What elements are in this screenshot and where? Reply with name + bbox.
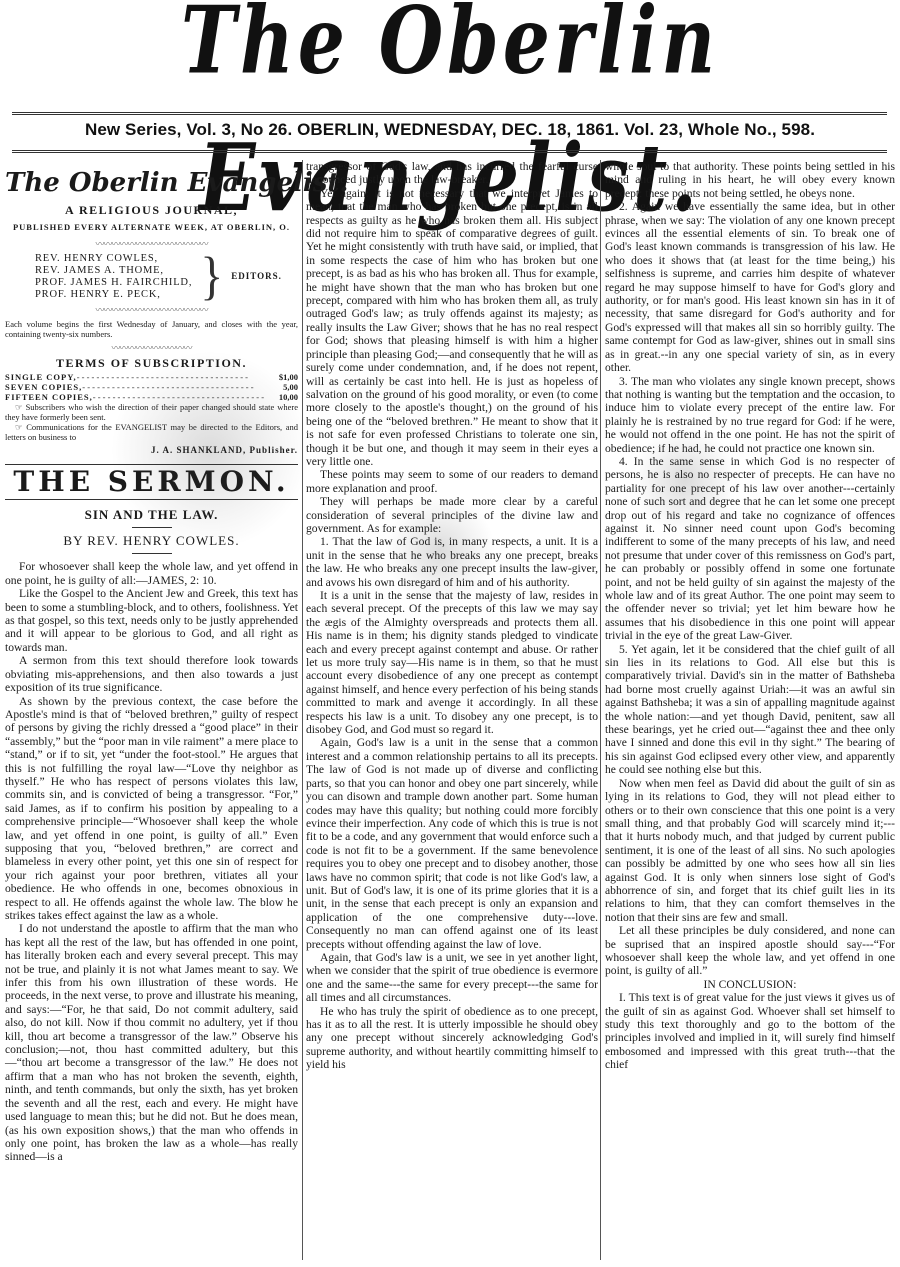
subscriber-note: ☞ Subscribers who wish the direction of … xyxy=(5,402,298,422)
column-divider xyxy=(600,160,601,1260)
masthead: The Oberlin Evangelist. xyxy=(0,0,900,110)
editor-name: PROF. JAMES H. FAIRCHILD, xyxy=(35,277,192,289)
dateline-rule xyxy=(12,150,887,153)
paragraph: Yet again: it is not necessary that we i… xyxy=(306,187,598,469)
editors-label: EDITORS. xyxy=(231,270,282,283)
masthead-rule xyxy=(12,112,887,115)
leader-dots: - - - - - - - - - - - - - - - - - - - - … xyxy=(77,372,279,382)
terms-label: SEVEN COPIES, xyxy=(5,382,82,392)
paragraph: 3. The man who violates any single known… xyxy=(605,375,895,455)
section-heading: THE SERMON. xyxy=(5,464,298,500)
leader-dots: - - - - - - - - - - - - - - - - - - - - … xyxy=(93,392,279,402)
paragraph: He who has truly the spirit of obedience… xyxy=(306,1005,598,1072)
short-rule xyxy=(132,553,172,554)
terms-row: SINGLE COPY, - - - - - - - - - - - - - -… xyxy=(5,372,298,382)
column-3: whole soul to that authority. These poin… xyxy=(605,160,895,1072)
column-2: transgressor of God's law, and has incur… xyxy=(306,160,598,1072)
paragraph: 4. In the same sense in which God is no … xyxy=(605,455,895,643)
paragraph: As shown by the previous context, the ca… xyxy=(5,695,298,923)
paragraph: Like the Gospel to the Ancient Jew and G… xyxy=(5,587,298,654)
dateline: New Series, Vol. 3, No 26. OBERLIN, WEDN… xyxy=(0,120,900,140)
publication-frequency: PUBLISHED EVERY ALTERNATE WEEK, AT OBERL… xyxy=(5,221,298,234)
paragraph: These points may seem to some of our rea… xyxy=(306,468,598,495)
terms-title: TERMS OF SUBSCRIPTION. xyxy=(5,357,298,370)
volume-note: Each volume begins the first Wednesday o… xyxy=(5,319,298,339)
editors-list: REV. HENRY COWLES, REV. JAMES A. THOME, … xyxy=(35,253,192,301)
paragraph: 1. That the law of God is, in many respe… xyxy=(306,535,598,589)
epigraph: For whosoever shall keep the whole law, … xyxy=(5,560,298,587)
article-byline: BY REV. HENRY COWLES. xyxy=(5,534,298,547)
paragraph: Again, God's law is a unit in the sense … xyxy=(306,736,598,951)
journal-info-box: The Oberlin Evangelist. A RELIGIOUS JOUR… xyxy=(5,166,298,458)
terms-price: 5,00 xyxy=(283,382,298,392)
column-divider xyxy=(302,160,303,1260)
conclusion-heading: IN CONCLUSION: xyxy=(605,978,895,991)
brace-icon: } xyxy=(200,250,223,303)
paragraph: Again, that God's law is a unit, we see … xyxy=(306,951,598,1005)
column-1: The Oberlin Evangelist. A RELIGIOUS JOUR… xyxy=(5,160,298,1164)
paragraph: I do not understand the apostle to affir… xyxy=(5,922,298,1163)
terms-label: FIFTEEN COPIES, xyxy=(5,392,93,402)
editor-name: PROF. HENRY E. PECK, xyxy=(35,289,192,301)
paragraph: Let all these principles be duly conside… xyxy=(605,924,895,978)
paragraph: They will perhaps be made more clear by … xyxy=(306,495,598,535)
paragraph: Now when men feel as David did about the… xyxy=(605,777,895,924)
terms-label: SINGLE COPY, xyxy=(5,372,77,382)
journal-title: The Oberlin Evangelist. xyxy=(5,166,298,200)
leader-dots: - - - - - - - - - - - - - - - - - - - - … xyxy=(82,382,283,392)
terms-row: SEVEN COPIES, - - - - - - - - - - - - - … xyxy=(5,382,298,392)
paragraph: It is a unit in the sense that the majes… xyxy=(306,589,598,736)
article-title: SIN AND THE LAW. xyxy=(5,508,298,521)
editors-block: REV. HENRY COWLES, REV. JAMES A. THOME, … xyxy=(35,253,298,301)
terms-price: 10,00 xyxy=(279,392,298,402)
paragraph: transgressor of God's law, and has incur… xyxy=(306,160,598,187)
terms-row: FIFTEEN COPIES, - - - - - - - - - - - - … xyxy=(5,392,298,402)
wavy-divider: 〰〰〰〰〰〰〰〰〰〰〰〰〰〰 xyxy=(5,305,298,315)
paragraph: 2. Again we have essentially the same id… xyxy=(605,200,895,374)
paragraph: I. This text is of great value for the j… xyxy=(605,991,895,1071)
terms-price: $1,00 xyxy=(279,372,298,382)
paragraph: A sermon from this text should therefore… xyxy=(5,654,298,694)
wavy-divider: 〰〰〰〰〰〰〰〰〰〰〰〰〰〰 xyxy=(5,239,298,249)
paragraph: 5. Yet again, let it be considered that … xyxy=(605,643,895,777)
editor-name: REV. HENRY COWLES, xyxy=(35,253,192,265)
wavy-divider: 〰〰〰〰〰〰〰〰〰〰 xyxy=(5,343,298,353)
journal-subtitle: A RELIGIOUS JOURNAL, xyxy=(5,204,298,217)
communications-note: ☞ Communications for the EVANGELIST may … xyxy=(5,422,298,442)
paragraph: whole soul to that authority. These poin… xyxy=(605,160,895,200)
publisher-name: J. A. SHANKLAND, Publisher. xyxy=(5,444,298,457)
editor-name: REV. JAMES A. THOME, xyxy=(35,265,192,277)
short-rule xyxy=(132,527,172,528)
